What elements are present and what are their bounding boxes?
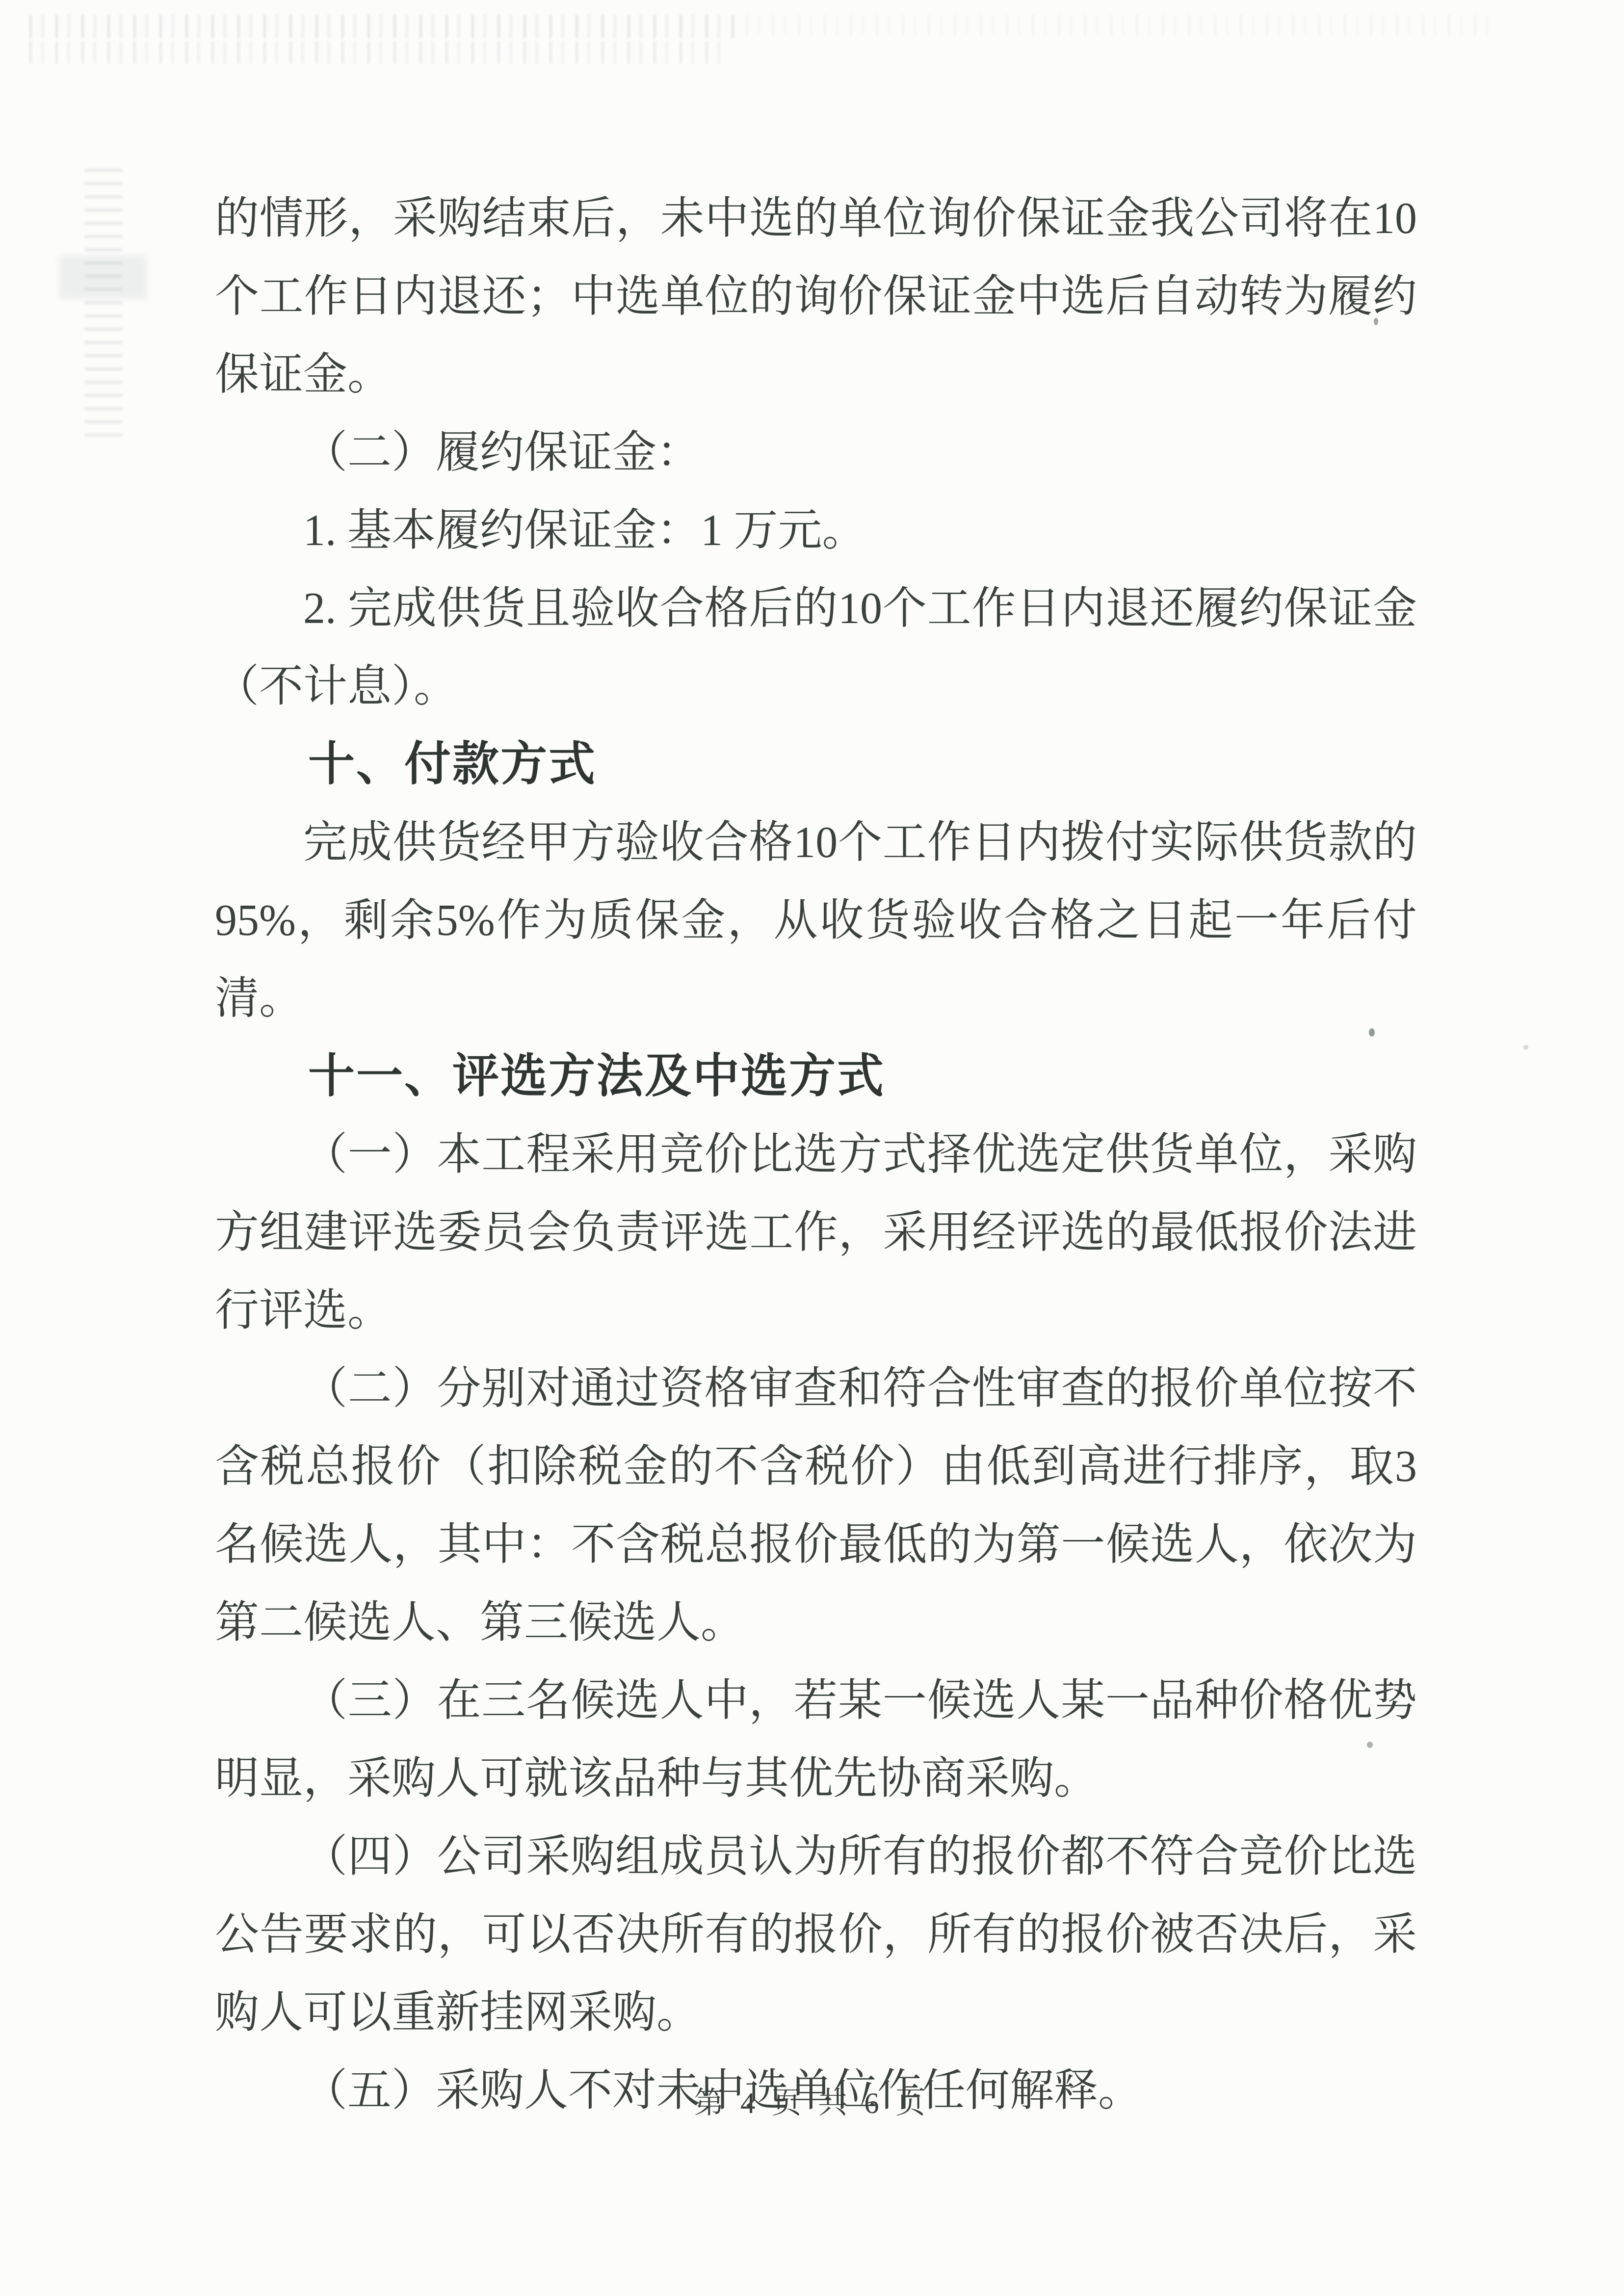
paragraph-basic-performance-bond: 1. 基本履约保证金：1 万元。 [215, 492, 1417, 570]
paragraph-inquiry-deposit-refund: 的情形，采购结束后，未中选的单位询价保证金我公司将在10个工作日内退还；中选单位… [215, 180, 1417, 414]
heading-evaluation-and-selection-method: 十一、评选方法及中选方式 [215, 1038, 1417, 1116]
paragraph-payment-terms: 完成供货经甲方验收合格10个工作日内拨付实际供货款的95%，剩余5%作为质保金，… [215, 804, 1417, 1038]
scan-speck-artifact [1369, 1028, 1375, 1037]
paragraph-selection-item-2: （二）分别对通过资格审查和符合性审查的报价单位按不含税总报价（扣除税金的不含税价… [215, 1350, 1417, 1662]
scanned-document-page: 的情形，采购结束后，未中选的单位询价保证金我公司将在10个工作日内退还；中选单位… [0, 0, 1624, 2296]
paragraph-performance-bond-title: （二）履约保证金： [215, 414, 1417, 492]
scan-smudge-artifact [59, 255, 147, 299]
heading-payment-method: 十、付款方式 [215, 726, 1417, 804]
scan-speck-artifact [1367, 1742, 1373, 1748]
paragraph-performance-bond-refund: 2. 完成供货且验收合格后的10个工作日内退还履约保证金（不计息）。 [215, 570, 1417, 726]
paragraph-selection-item-1: （一）本工程采用竞价比选方式择优选定供货单位，采购方组建评选委员会负责评选工作，… [215, 1116, 1417, 1350]
scan-bleedthrough-artifact [84, 162, 123, 437]
scan-bleedthrough-artifact [29, 41, 731, 64]
scan-bleedthrough-artifact [746, 15, 1492, 35]
scan-speck-artifact [1523, 1045, 1528, 1050]
page-number-footer: 第 4 页 共 6 页 [0, 2079, 1624, 2122]
paragraph-selection-item-3: （三）在三名候选人中，若某一候选人某一品种价格优势明显，采购人可就该品种与其优先… [215, 1662, 1417, 1818]
scan-bleedthrough-artifact [29, 15, 741, 38]
scan-speck-artifact [1374, 318, 1378, 325]
paragraph-selection-item-4: （四）公司采购组成员认为所有的报价都不符合竞价比选公告要求的，可以否决所有的报价… [215, 1818, 1417, 2052]
document-body: 的情形，采购结束后，未中选的单位询价保证金我公司将在10个工作日内退还；中选单位… [215, 180, 1417, 2130]
